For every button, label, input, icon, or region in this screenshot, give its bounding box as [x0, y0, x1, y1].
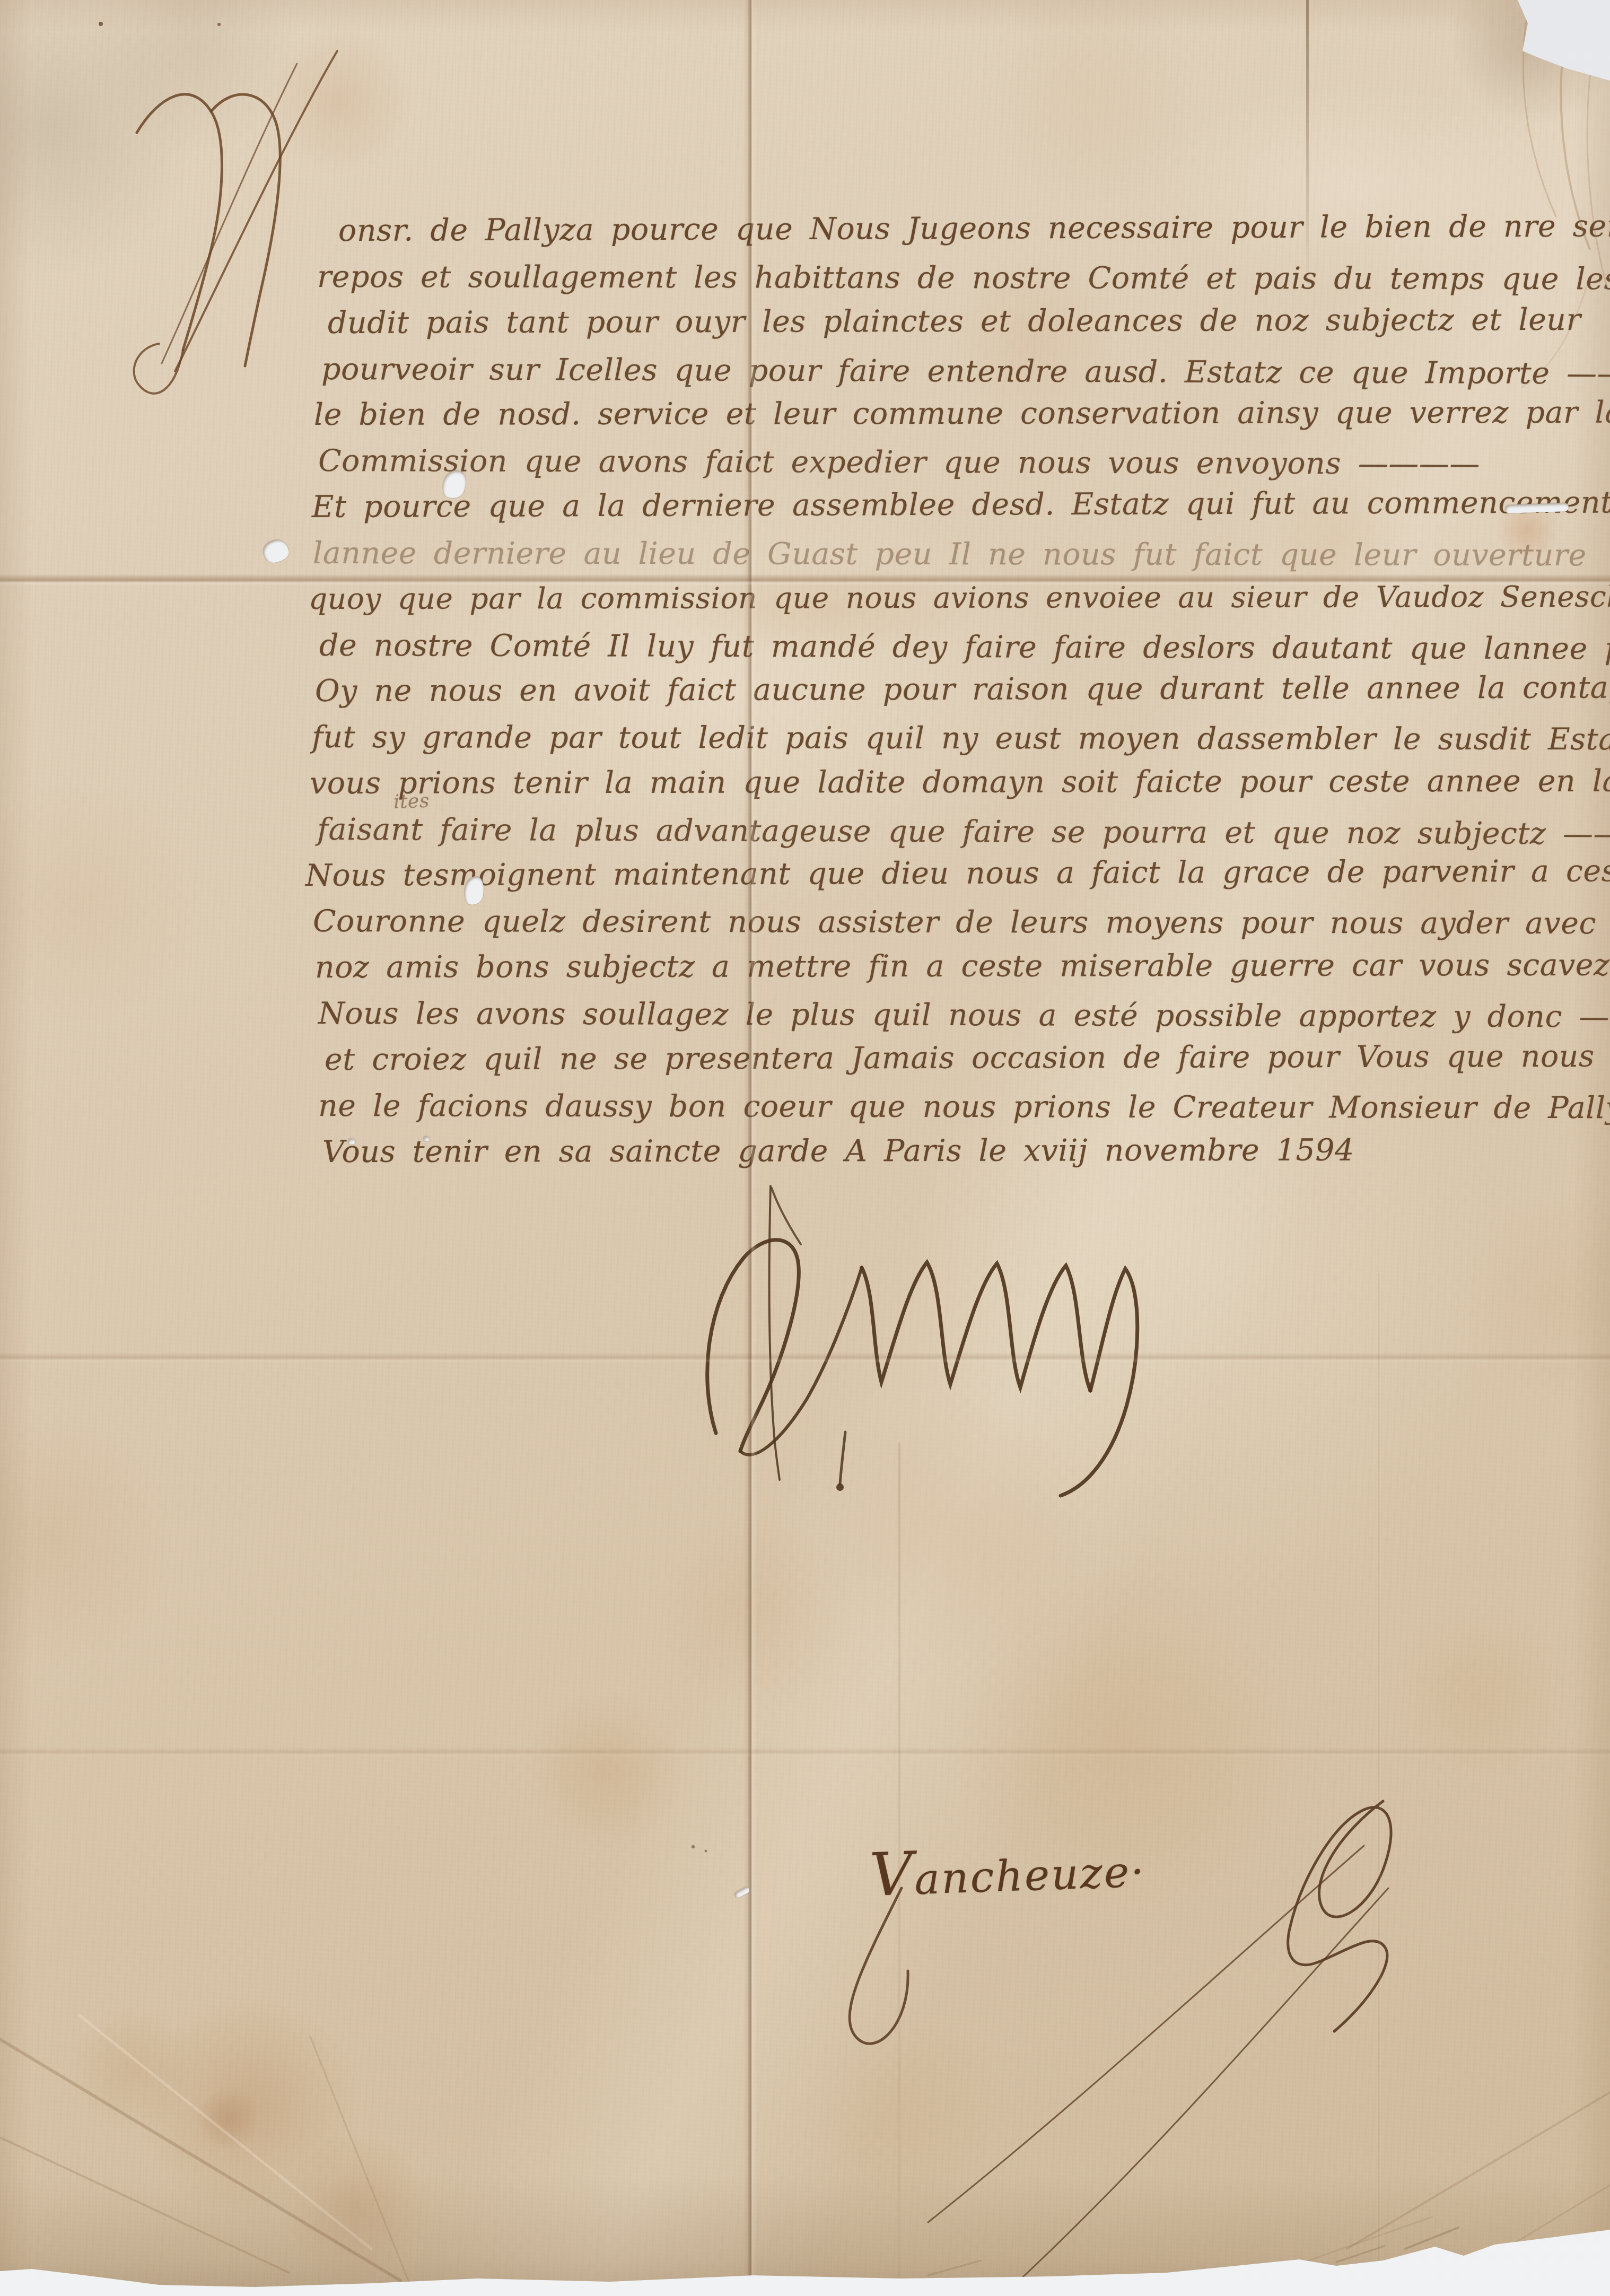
paper-hole	[423, 1136, 430, 1141]
edge-shadow-right	[1573, 0, 1610, 2296]
manuscript-paper: onsr. de Pallyza pource que Nous Jugeons…	[0, 0, 1610, 2296]
edge-shadow-top	[0, 0, 1610, 32]
edge-shadow-bottom	[0, 2174, 1610, 2296]
paper-hole	[348, 1138, 355, 1145]
crumple-and-spot-marks	[0, 0, 1610, 2296]
edge-shadow-left	[0, 0, 32, 2296]
photograph: onsr. de Pallyza pource que Nous Jugeons…	[0, 0, 1610, 2296]
